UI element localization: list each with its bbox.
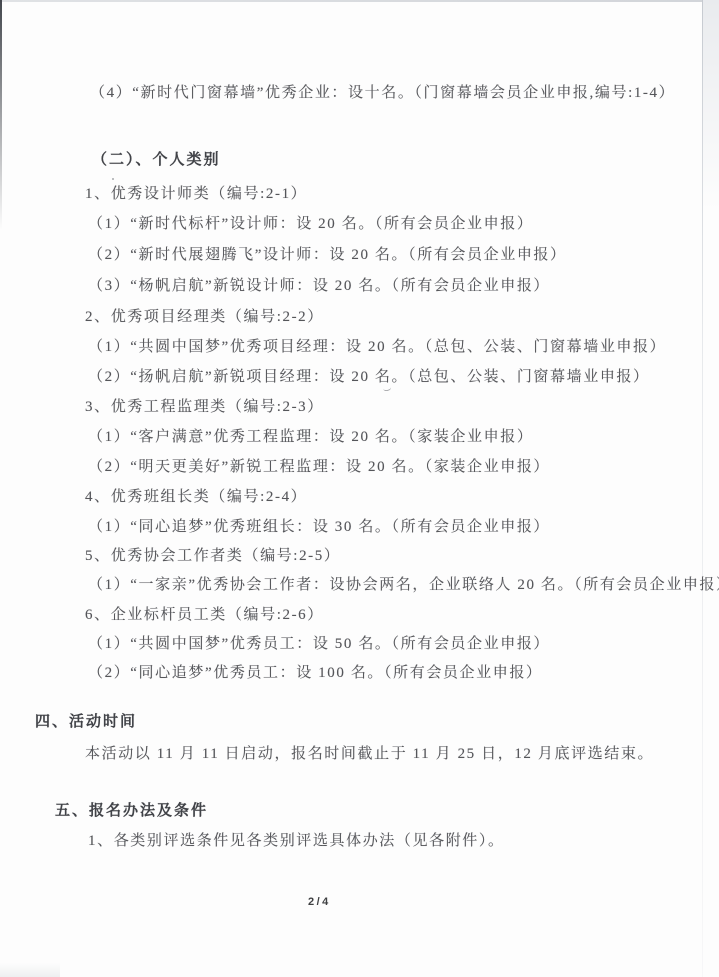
category-item: （1）“新时代标杆”设计师：设 20 名。（所有会员企业申报） — [88, 214, 533, 234]
category-item: （1）“同心追梦”优秀班组长：设 30 名。（所有会员企业申报） — [88, 517, 550, 537]
category-item: （2）“新时代展翅腾飞”设计师：设 20 名。（所有会员企业申报） — [88, 245, 567, 265]
category-title-team-leaders: 4、优秀班组长类（编号:2-4） — [85, 487, 307, 507]
category-item: （1）“共圆中国梦”优秀项目经理：设 20 名。（总包、公装、门窗幕墙业申报） — [88, 337, 666, 357]
category-item: （2）“明天更美好”新锐工程监理：设 20 名。（家装企业申报） — [88, 457, 550, 477]
enterprise-item-4: （4）“新时代门窗幕墙”优秀企业：设十名。（门窗幕墙会员企业申报,编号:1-4） — [90, 83, 675, 103]
scanned-document-page: （4）“新时代门窗幕墙”优秀企业：设十名。（门窗幕墙会员企业申报,编号:1-4）… — [0, 0, 719, 977]
scan-speck — [112, 178, 114, 180]
section-four-body: 本活动以 11 月 11 日启动，报名时间截止于 11 月 25 日，12 月底… — [85, 744, 654, 764]
section-five-body: 1、各类别评选条件见各类别评选具体办法（见各附件）。 — [88, 831, 505, 851]
page-number: 2/4 — [308, 896, 331, 908]
category-title-designers: 1、优秀设计师类（编号:2-1） — [85, 184, 307, 204]
category-item: （1）“一家亲”优秀协会工作者：设协会两名，企业联络人 20 名。（所有会员企业… — [88, 575, 719, 595]
category-item: （2）“扬帆启航”新锐项目经理：设 20 名。（总包、公装、门窗幕墙业申报） — [88, 367, 650, 387]
category-title-model-employees: 6、企业标杆员工类（编号:2-6） — [85, 605, 324, 625]
category-item: （1）“客户满意”优秀工程监理：设 20 名。（家装企业申报） — [88, 427, 533, 447]
scan-bottom-edge-artifact — [0, 963, 60, 977]
category-title-supervisors: 3、优秀工程监理类（编号:2-3） — [85, 397, 324, 417]
scan-left-edge-artifact — [0, 0, 2, 230]
scan-right-edge-line — [702, 0, 703, 977]
category-item: （3）“杨帆启航”新锐设计师：设 20 名。（所有会员企业申报） — [88, 276, 550, 296]
category-item: （1）“共圆中国梦”优秀员工：设 50 名。（所有会员企业申报） — [88, 634, 550, 654]
category-item: （2）“同心追梦”优秀员工：设 100 名。（所有会员企业申报） — [88, 663, 543, 683]
scan-top-edge-artifact — [0, 0, 719, 2]
section-four-heading: 四、活动时间 — [35, 712, 137, 732]
category-title-association-workers: 5、优秀协会工作者类（编号:2-5） — [85, 546, 340, 566]
scan-top-right-shading — [703, 0, 719, 210]
category-title-project-managers: 2、优秀项目经理类（编号:2-2） — [85, 307, 324, 327]
section-five-heading: 五、报名办法及条件 — [55, 801, 208, 821]
personal-section-heading: （二）、个人类别 — [92, 150, 221, 170]
